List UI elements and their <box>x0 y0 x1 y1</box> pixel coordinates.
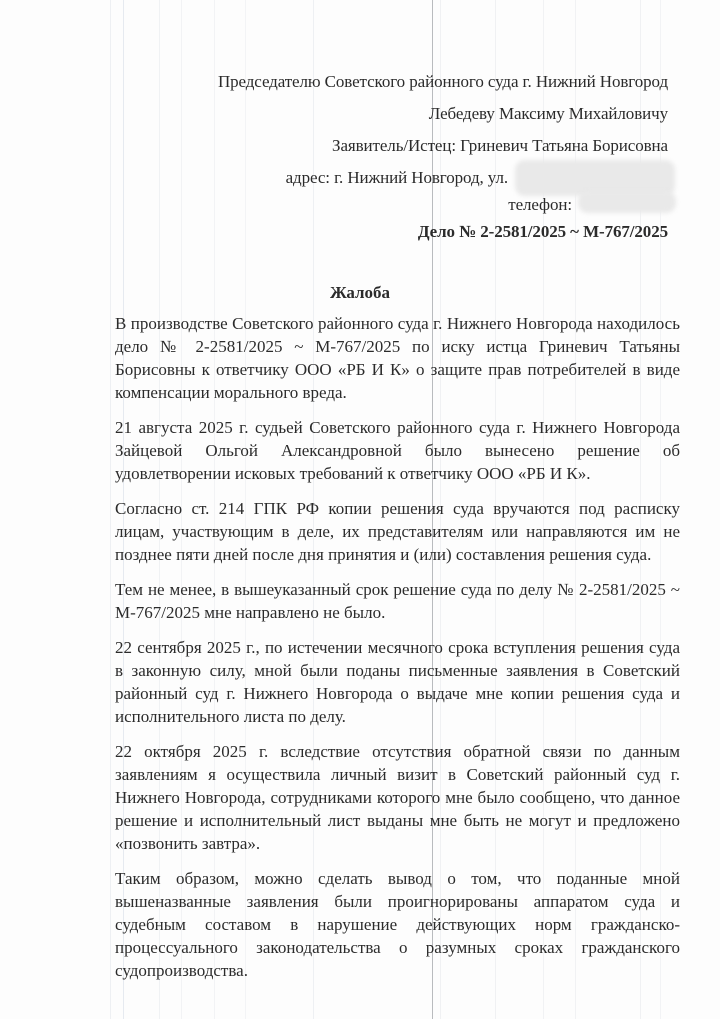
paragraph: 22 сентября 2025 г., по истечении месячн… <box>115 636 680 728</box>
complaint-body: В производстве Советского районного суда… <box>115 312 680 994</box>
addressee-line-2: Лебедеву Максиму Михайловичу <box>429 104 668 124</box>
paragraph: 21 августа 2025 г. судьей Советского рай… <box>115 416 680 485</box>
case-number: Дело № 2-2581/2025 ~ М-767/2025 <box>418 222 668 242</box>
paragraph: Тем не менее, в вышеуказанный срок решен… <box>115 578 680 624</box>
phone-label: телефон: <box>508 195 572 215</box>
paragraph: 22 октября 2025 г. вследствие отсутствия… <box>115 740 680 855</box>
document-title: Жалоба <box>0 283 720 303</box>
addressee-line-1: Председателю Советского районного суда г… <box>218 72 668 92</box>
paragraph: В производстве Советского районного суда… <box>115 312 680 404</box>
address-line: адрес: г. Нижний Новгород, ул. <box>286 168 508 188</box>
paragraph: Согласно ст. 214 ГПК РФ копии решения су… <box>115 497 680 566</box>
applicant-line: Заявитель/Истец: Гриневич Татьяна Борисо… <box>332 136 668 156</box>
redacted-phone <box>578 191 676 213</box>
paragraph: Таким образом, можно сделать вывод о том… <box>115 867 680 982</box>
complaint-document: Председателю Советского районного суда г… <box>0 0 720 1019</box>
